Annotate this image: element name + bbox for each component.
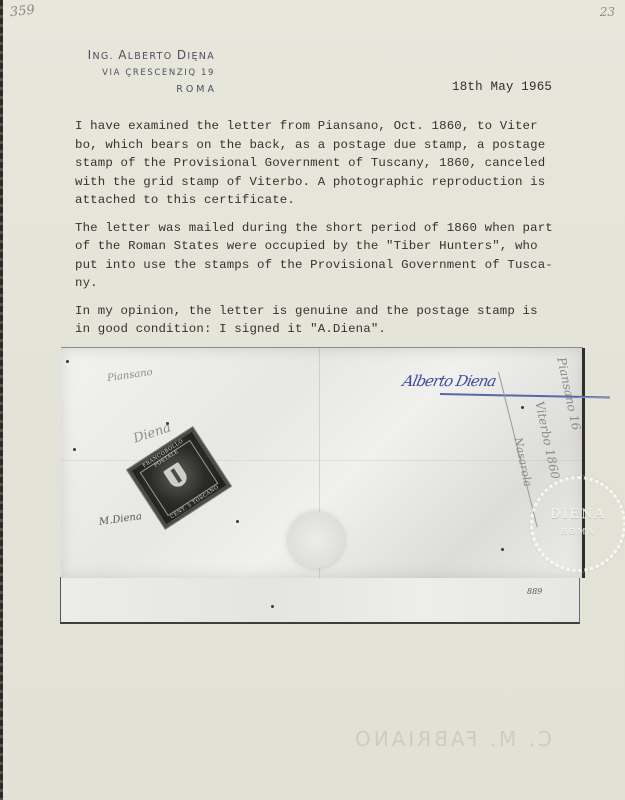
paper-watermark: C. M. FABRIANO	[352, 727, 552, 751]
signature-tail	[578, 397, 610, 398]
pencil-lower-sign: M.Diena	[98, 511, 142, 528]
paragraph-examination: I have examined the letter from Piansano…	[75, 117, 595, 210]
binding-edge	[0, 0, 3, 800]
letter-date: 18th May 1965	[452, 80, 552, 94]
spot	[501, 548, 504, 551]
certificate-body: I have examined the letter from Piansano…	[75, 117, 595, 348]
letterhead: ING. ALBERTO DIĘNA VIA ÇRESCENZIQ 19 ROM…	[60, 48, 215, 95]
letterhead-street: VIA ÇRESCENZIQ 19	[60, 68, 215, 78]
letterhead-city: ROMA	[60, 84, 217, 95]
ink-signature: Alberto Diena	[401, 372, 497, 390]
spot	[271, 605, 274, 608]
reference-number: 889	[527, 587, 542, 596]
spot	[73, 448, 76, 451]
certificate-page: 359 23 ING. ALBERTO DIĘNA VIA ÇRESCENZIQ…	[0, 0, 625, 800]
embossed-seal: DIENA ROMA	[530, 476, 625, 572]
paragraph-opinion: In my opinion, the letter is genuine and…	[75, 302, 595, 339]
paragraph-history: The letter was mailed during the short p…	[75, 219, 595, 293]
letter-photo-lower-flap: 889	[60, 577, 580, 624]
emboss-name: DIENA	[533, 507, 623, 522]
spot	[236, 520, 239, 523]
archive-number: 359	[9, 3, 35, 21]
letterhead-name: ING. ALBERTO DIĘNA	[60, 48, 215, 62]
wax-seal	[288, 512, 344, 568]
pencil-origin-note: Piansano	[106, 367, 153, 384]
emboss-city: ROMA	[533, 527, 623, 536]
page-number: 23	[600, 5, 615, 19]
spot	[166, 422, 169, 425]
spot	[66, 360, 69, 363]
spot	[521, 406, 524, 409]
